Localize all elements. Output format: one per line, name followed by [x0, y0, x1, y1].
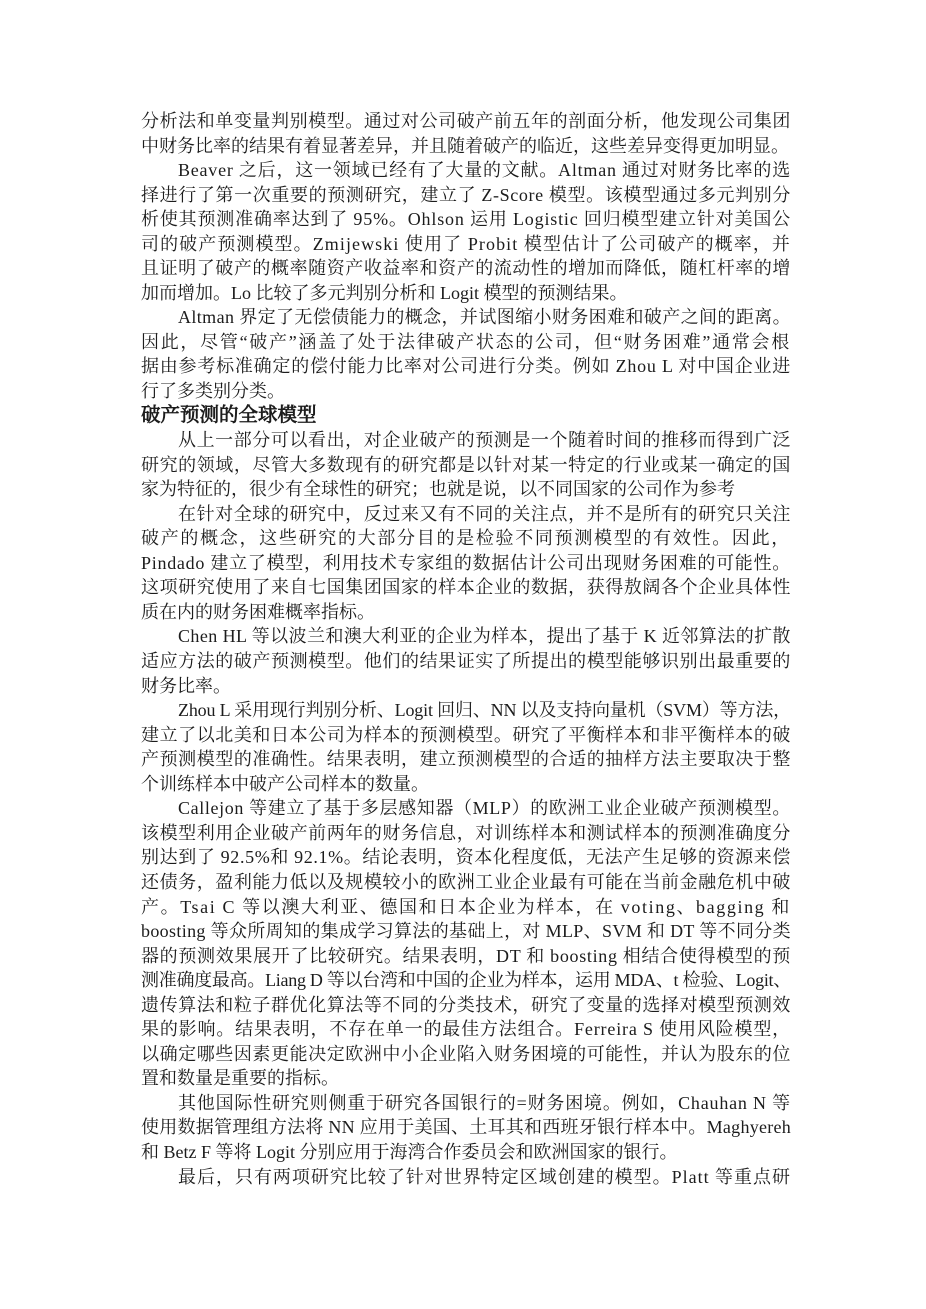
text-line: Chen HL 等以波兰和澳大利亚的企业为样本，提出了基于 K 近邻算法的扩散	[141, 624, 791, 649]
text-line: 从上一部分可以看出，对企业破产的预测是一个随着时间的推移而得到广泛	[141, 428, 791, 453]
document-page: 分析法和单变量判别模型。通过对公司破产前五年的剖面分析，他发现公司集团中财务比率…	[0, 0, 926, 1309]
text-line: Zhou L 采用现行判别分析、Logit 回归、NN 以及支持向量机（SVM）…	[141, 698, 791, 723]
text-line: 该模型利用企业破产前两年的财务信息，对训练样本和测试样本的预测准确度分	[141, 821, 791, 846]
text-line: 产。Tsai C 等以澳大利亚、德国和日本企业为样本，在 voting、bagg…	[141, 895, 791, 920]
text-line: 这项研究使用了来自七国集团国家的样本企业的数据，获得敖阔各个企业具体性	[141, 575, 791, 600]
text-line: Altman 界定了无偿债能力的概念，并试图缩小财务困难和破产之间的距离。	[141, 305, 791, 330]
text-line: 财务比率。	[141, 674, 791, 699]
text-line: 适应方法的破产预测模型。他们的结果证实了所提出的模型能够识别出最重要的	[141, 649, 791, 674]
text-line: 别达到了 92.5%和 92.1%。结论表明，资本化程度低，无法产生足够的资源来…	[141, 845, 791, 870]
text-line: 器的预测效果展开了比较研究。结果表明，DT 和 boosting 相结合使得模型…	[141, 944, 791, 969]
text-line: 家为特征的，很少有全球性的研究；也就是说，以不同国家的公司作为参考	[141, 477, 791, 502]
text-line: 使用数据管理组方法将 NN 应用于美国、土耳其和西班牙银行样本中。Maghyer…	[141, 1115, 791, 1140]
text-line: 果的影响。结果表明，不存在单一的最佳方法组合。Ferreira S 使用风险模型…	[141, 1017, 791, 1042]
text-line: 最后，只有两项研究比较了针对世界特定区域创建的模型。Platt 等重点研	[141, 1165, 791, 1190]
text-line: 择进行了第一次重要的预测研究，建立了 Z-Score 模型。该模型通过多元判别分	[141, 183, 791, 208]
text-line: 个训练样本中破产公司样本的数量。	[141, 772, 791, 797]
text-line: 行了多类别分类。	[141, 379, 791, 404]
text-line: 建立了以北美和日本公司为样本的预测模型。研究了平衡样本和非平衡样本的破	[141, 723, 791, 748]
text-line: 质在内的财务困难概率指标。	[141, 600, 791, 625]
text-line: 中财务比率的结果有着显著差异，并且随着破产的临近，这些差异变得更加明显。	[141, 134, 791, 159]
text-line: Pindado 建立了模型，利用技术专家组的数据估计公司出现财务困难的可能性。	[141, 551, 791, 576]
text-line: boosting 等众所周知的集成学习算法的基础上，对 MLP、SVM 和 DT…	[141, 919, 791, 944]
text-line: Callejon 等建立了基于多层感知器（MLP）的欧洲工业企业破产预测模型。	[141, 796, 791, 821]
text-line: 加而增加。Lo 比较了多元判别分析和 Logit 模型的预测结果。	[141, 281, 791, 306]
text-line: Beaver 之后，这一领域已经有了大量的文献。Altman 通过对财务比率的选	[141, 158, 791, 183]
text-line: 以确定哪些因素更能决定欧洲中小企业陷入财务困境的可能性，并认为股东的位	[141, 1042, 791, 1067]
text-block: 分析法和单变量判别模型。通过对公司破产前五年的剖面分析，他发现公司集团中财务比率…	[141, 109, 791, 1189]
text-line: 司的破产预测模型。Zmijewski 使用了 Probit 模型估计了公司破产的…	[141, 232, 791, 257]
text-line: 研究的领域，尽管大多数现有的研究都是以针对某一特定的行业或某一确定的国	[141, 453, 791, 478]
text-line: 破产的概念，这些研究的大部分目的是检验不同预测模型的有效性。因此，	[141, 526, 791, 551]
text-line: 因此，尽管“破产”涵盖了处于法律破产状态的公司，但“财务困难”通常会根	[141, 330, 791, 355]
section-heading: 破产预测的全球模型	[141, 404, 791, 429]
text-line: 析使其预测准确率达到了 95%。Ohlson 运用 Logistic 回归模型建…	[141, 207, 791, 232]
text-line: 还债务，盈利能力低以及规模较小的欧洲工业企业最有可能在当前金融危机中破	[141, 870, 791, 895]
text-line: 和 Betz F 等将 Logit 分别应用于海湾合作委员会和欧洲国家的银行。	[141, 1140, 791, 1165]
text-line: 遗传算法和粒子群优化算法等不同的分类技术，研究了变量的选择对模型预测效	[141, 993, 791, 1018]
text-line: 测准确度最高。Liang D 等以台湾和中国的企业为样本，运用 MDA、t 检验…	[141, 968, 791, 993]
text-line: 在针对全球的研究中，反过来又有不同的关注点，并不是所有的研究只关注	[141, 502, 791, 527]
text-line: 其他国际性研究则侧重于研究各国银行的=财务困境。例如，Chauhan N 等	[141, 1091, 791, 1116]
text-line: 分析法和单变量判别模型。通过对公司破产前五年的剖面分析，他发现公司集团	[141, 109, 791, 134]
text-line: 置和数量是重要的指标。	[141, 1066, 791, 1091]
text-line: 产预测模型的准确性。结果表明，建立预测模型的合适的抽样方法主要取决于整	[141, 747, 791, 772]
text-line: 据由参考标准确定的偿付能力比率对公司进行分类。例如 Zhou L 对中国企业进	[141, 354, 791, 379]
text-line: 且证明了破产的概率随资产收益率和资产的流动性的增加而降低，随杠杆率的增	[141, 256, 791, 281]
